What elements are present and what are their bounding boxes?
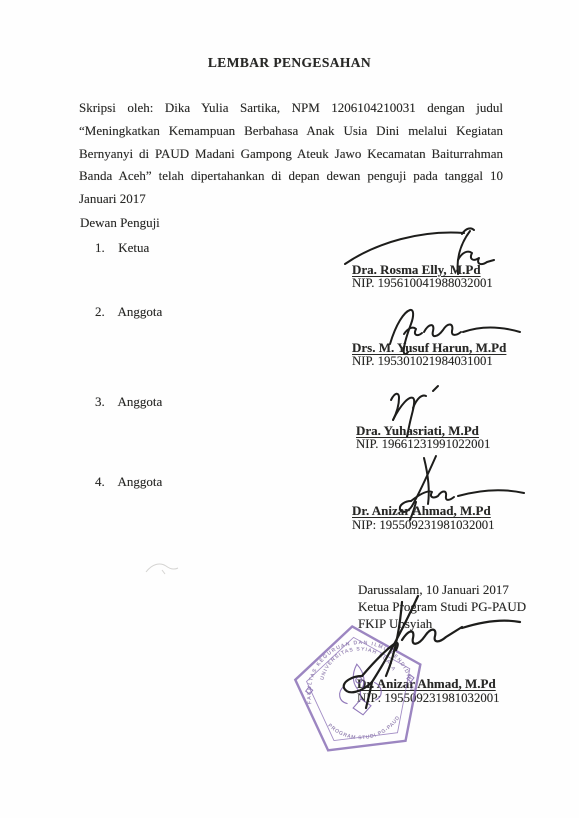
closing-position: Ketua Program Studi PG-PAUD	[358, 599, 526, 615]
stamp-text-program: PROGRAM STUDI PG-PAUD	[326, 714, 404, 745]
examiner-number: 3.	[95, 394, 115, 410]
thesis-statement: Skripsi oleh: Dika Yulia Sartika, NPM 12…	[79, 97, 503, 211]
closing-place-date: Darussalam, 10 Januari 2017	[358, 582, 509, 598]
examiner-nip: NIP. 195610041988032001	[352, 276, 493, 291]
examiner-nip: NIP. 195301021984031001	[352, 354, 493, 369]
examiner-role: Ketua	[118, 240, 149, 255]
closing-institution: FKIP Unsyiah	[358, 616, 432, 632]
committee-row-3: 3. Anggota	[95, 394, 162, 410]
committee-row-4: 4. Anggota	[95, 474, 162, 490]
closing-nip: NIP: 195509231981032001	[357, 691, 500, 706]
examiner-number: 4.	[95, 474, 115, 490]
approval-sheet-page: LEMBAR PENGESAHAN Skripsi oleh: Dika Yul…	[0, 0, 579, 818]
committee-row-2: 2. Anggota	[95, 304, 162, 320]
scan-smudge	[138, 556, 198, 582]
examiner-number: 2.	[95, 304, 115, 320]
examiner-role: Anggota	[118, 304, 163, 319]
page-title: LEMBAR PENGESAHAN	[0, 55, 579, 71]
examiner-nip: NIP. 19661231991022001	[356, 437, 490, 452]
examiner-name: Dr. Anizar Ahmad, M.Pd	[352, 503, 491, 519]
examiner-nip: NIP: 195509231981032001	[352, 518, 495, 533]
examiner-number: 1.	[95, 240, 115, 256]
svg-text:PROGRAM STUDI PG-PAUD: PROGRAM STUDI PG-PAUD	[326, 714, 404, 745]
committee-heading: Dewan Penguji	[80, 215, 160, 231]
examiner-role: Anggota	[118, 394, 163, 409]
closing-name: Dr. Anizar Ahmad, M.Pd	[357, 676, 496, 692]
committee-row-1: 1. Ketua	[95, 240, 149, 256]
examiner-role: Anggota	[118, 474, 163, 489]
